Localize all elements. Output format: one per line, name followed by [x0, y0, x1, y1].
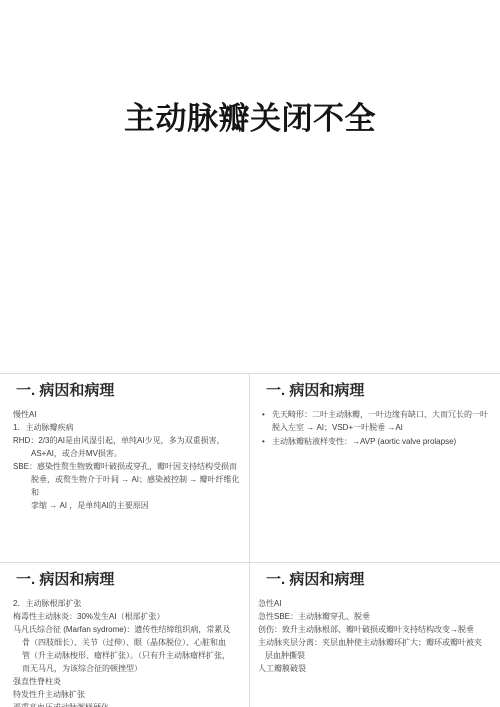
slide-paragraph: SBE：感染性赘生物致瓣叶破损或穿孔，瓣叶因支持结构受损而 脱垂，或赘生物介于叶…: [13, 460, 245, 512]
slide-paragraph: 严重高血压或动脉粥样硬化: [13, 701, 245, 707]
slide-heading: 一. 病因和病理: [266, 381, 500, 400]
slide-paragraph: 梅毒性主动脉炎：30%发生AI（根部扩张）: [13, 610, 245, 623]
slide-bullet-item: •先天畸形：二叶主动脉瓣，一叶边缘有缺口、大而冗长的一叶 脱入左室 → AI；V…: [262, 408, 496, 434]
slide-paragraph: 特发性升主动脉扩张: [13, 688, 245, 701]
slide-paragraph: 创伤：致升主动脉根部、瓣叶破损或瓣叶支持结构改变→脱垂: [258, 623, 496, 636]
slide-paragraph: 急性AI: [258, 597, 496, 610]
presentation-title: 主动脉瓣关闭不全: [0, 0, 500, 137]
slide-cell-causes-congenital[interactable]: 一. 病因和病理 •先天畸形：二叶主动脉瓣，一叶边缘有缺口、大而冗长的一叶 脱入…: [250, 374, 500, 563]
slide-bullet-item: •主动脉瓣粘液样变性：→AVP (aortic valve prolapse): [262, 435, 496, 448]
slide-body: •先天畸形：二叶主动脉瓣，一叶边缘有缺口、大而冗长的一叶 脱入左室 → AI；V…: [258, 408, 496, 448]
slide-body: 急性AI急性SBE：主动脉瓣穿孔、脱垂创伤：致升主动脉根部、瓣叶破损或瓣叶支持结…: [258, 597, 496, 675]
slide-paragraph: 强直性脊柱炎: [13, 675, 245, 688]
slide-handout-page: 主动脉瓣关闭不全 一. 病因和病理 慢性AI1．主动脉瓣疾病RHD：2/3的AI…: [0, 0, 500, 707]
slide-paragraph: 慢性AI: [13, 408, 245, 421]
slide-cell-causes-aortic-root[interactable]: 一. 病因和病理 2．主动脉根部扩张梅毒性主动脉炎：30%发生AI（根部扩张）马…: [0, 563, 250, 707]
bullet-text: 先天畸形：二叶主动脉瓣，一叶边缘有缺口、大而冗长的一叶 脱入左室 → AI；VS…: [272, 408, 496, 434]
slides-grid: 一. 病因和病理 慢性AI1．主动脉瓣疾病RHD：2/3的AI是由风湿引起，单纯…: [0, 374, 500, 707]
slide-paragraph: 急性SBE：主动脉瓣穿孔、脱垂: [258, 610, 496, 623]
bullet-text: 主动脉瓣粘液样变性：→AVP (aortic valve prolapse): [272, 435, 496, 448]
slide-paragraph: 2．主动脉根部扩张: [13, 597, 245, 610]
slide-heading: 一. 病因和病理: [16, 381, 249, 400]
title-slide[interactable]: 主动脉瓣关闭不全: [0, 0, 500, 374]
bullet-icon: •: [262, 408, 272, 434]
slide-paragraph: RHD：2/3的AI是由风湿引起，单纯AI少见，多为双重损害， AS+AI，或合…: [13, 434, 245, 460]
slide-paragraph: 1．主动脉瓣疾病: [13, 421, 245, 434]
slide-body: 慢性AI1．主动脉瓣疾病RHD：2/3的AI是由风湿引起，单纯AI少见，多为双重…: [13, 408, 245, 512]
slide-body: 2．主动脉根部扩张梅毒性主动脉炎：30%发生AI（根部扩张）马凡氏综合征 (Ma…: [13, 597, 245, 707]
slide-cell-causes-acute[interactable]: 一. 病因和病理 急性AI急性SBE：主动脉瓣穿孔、脱垂创伤：致升主动脉根部、瓣…: [250, 563, 500, 707]
slide-paragraph: 马凡氏综合征 (Marfan sydrome)：遗传性结缔组织病，常累及 骨（四…: [13, 623, 245, 675]
slide-heading: 一. 病因和病理: [16, 570, 249, 589]
bullet-icon: •: [262, 435, 272, 448]
slide-cell-causes-chronic[interactable]: 一. 病因和病理 慢性AI1．主动脉瓣疾病RHD：2/3的AI是由风湿引起，单纯…: [0, 374, 250, 563]
slide-heading: 一. 病因和病理: [266, 570, 500, 589]
slide-paragraph: 人工瓣膜破裂: [258, 662, 496, 675]
bullet-list: •先天畸形：二叶主动脉瓣，一叶边缘有缺口、大而冗长的一叶 脱入左室 → AI；V…: [258, 408, 496, 448]
slide-paragraph: 主动脉夹层分离：夹层血肿使主动脉瓣环扩大；瓣环或瓣叶被夹 层血肿撕裂: [258, 636, 496, 662]
